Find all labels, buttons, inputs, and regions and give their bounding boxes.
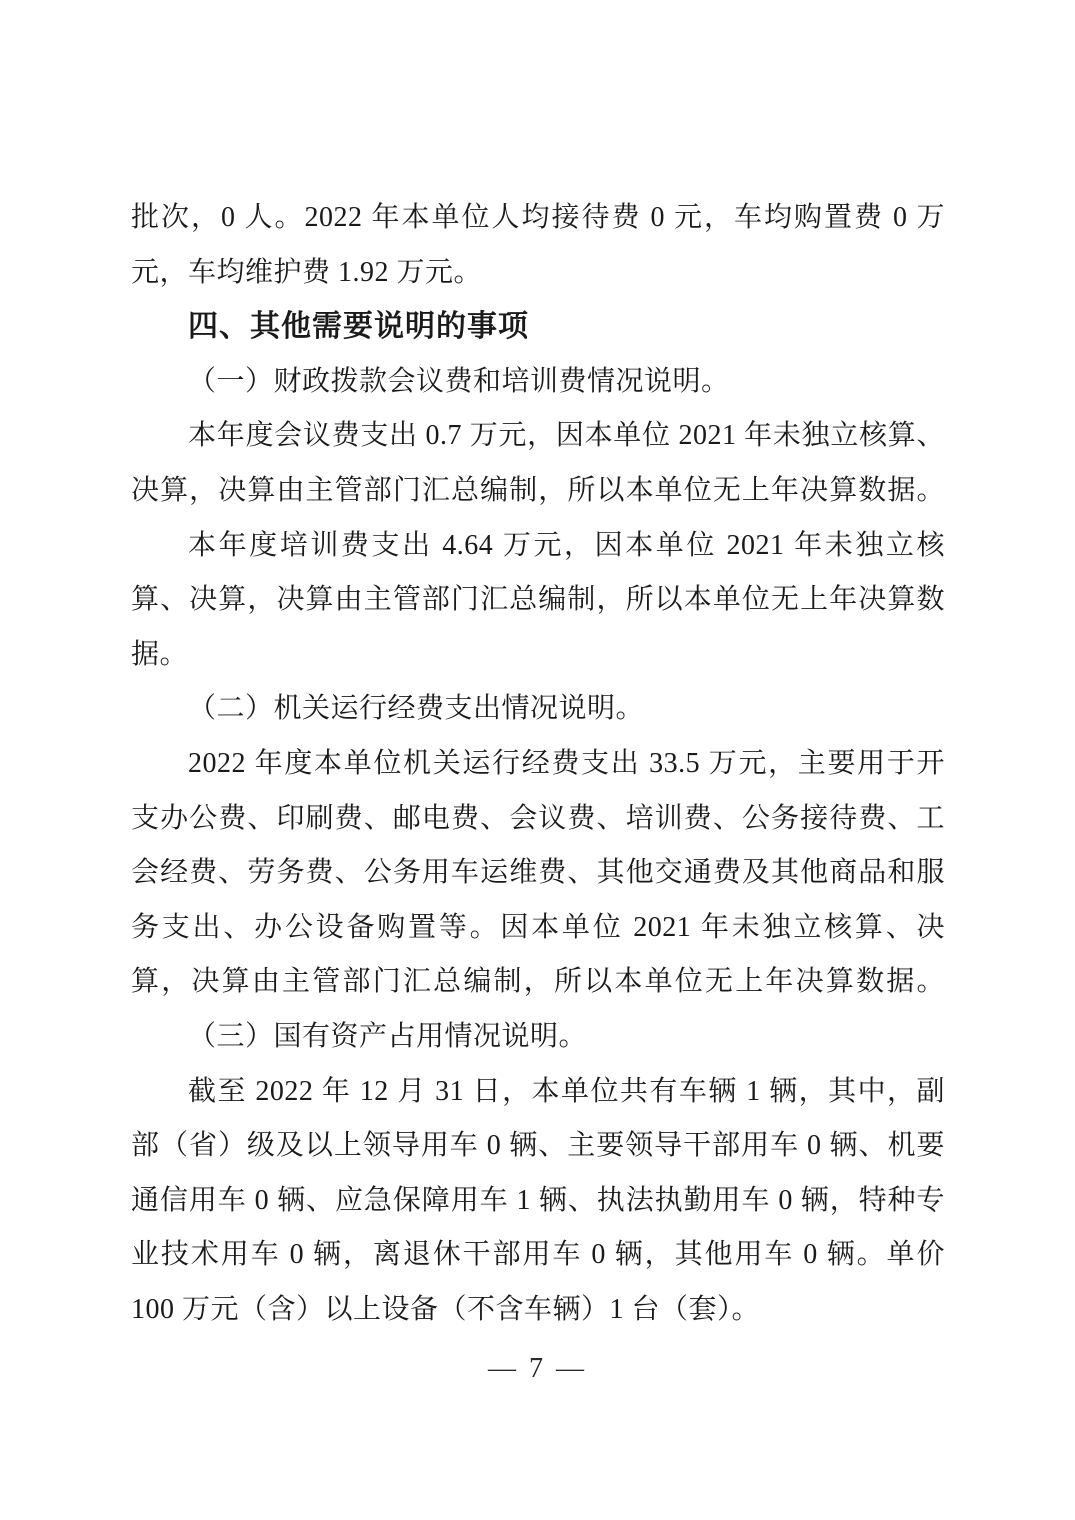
text-line: 算、决算，决算由主管部门汇总编制，所以本单位无上年决算数 — [131, 573, 945, 628]
page-number: — 7 — — [0, 1341, 1075, 1396]
text-line: 务支出、办公设备购置等。因本单位 2021 年未独立核算、决 — [131, 901, 945, 956]
text-line: 2022 年度本单位机关运行经费支出 33.5 万元，主要用于开 — [131, 737, 945, 792]
text-line: 业技术用车 0 辆，离退休干部用车 0 辆，其他用车 0 辆。单价 — [131, 1228, 945, 1283]
text-line: 据。 — [131, 628, 945, 683]
subsection-heading-3: （三）国有资产占用情况说明。 — [131, 1010, 945, 1065]
text-line: 通信用车 0 辆、应急保障用车 1 辆、执法执勤用车 0 辆，特种专 — [131, 1174, 945, 1229]
text-line: 100 万元（含）以上设备（不含车辆）1 台（套）。 — [131, 1283, 945, 1338]
subsection-heading-1: （一）财政拨款会议费和培训费情况说明。 — [131, 355, 945, 410]
text-line: 截至 2022 年 12 月 31 日，本单位共有车辆 1 辆，其中，副 — [131, 1065, 945, 1120]
text-line: 会经费、劳务费、公务用车运维费、其他交通费及其他商品和服 — [131, 846, 945, 901]
text-line: 批次，0 人。2022 年本单位人均接待费 0 元，车均购置费 0 万 — [131, 191, 945, 246]
subsection-heading-2: （二）机关运行经费支出情况说明。 — [131, 682, 945, 737]
text-line: 决算，决算由主管部门汇总编制，所以本单位无上年决算数据。 — [131, 464, 945, 519]
text-line: 支办公费、印刷费、邮电费、会议费、培训费、公务接待费、工 — [131, 792, 945, 847]
document-page: 批次，0 人。2022 年本单位人均接待费 0 元，车均购置费 0 万 元，车均… — [0, 0, 1075, 1520]
text-line: 元，车均维护费 1.92 万元。 — [131, 246, 945, 301]
text-line: 算，决算由主管部门汇总编制，所以本单位无上年决算数据。 — [131, 955, 945, 1010]
text-line: 本年度会议费支出 0.7 万元，因本单位 2021 年未独立核算、 — [131, 409, 945, 464]
text-line: 部（省）级及以上领导用车 0 辆、主要领导干部用车 0 辆、机要 — [131, 1119, 945, 1174]
document-body: 批次，0 人。2022 年本单位人均接待费 0 元，车均购置费 0 万 元，车均… — [131, 191, 945, 1337]
section-heading-4: 四、其他需要说明的事项 — [131, 300, 945, 355]
text-line: 本年度培训费支出 4.64 万元，因本单位 2021 年未独立核 — [131, 519, 945, 574]
